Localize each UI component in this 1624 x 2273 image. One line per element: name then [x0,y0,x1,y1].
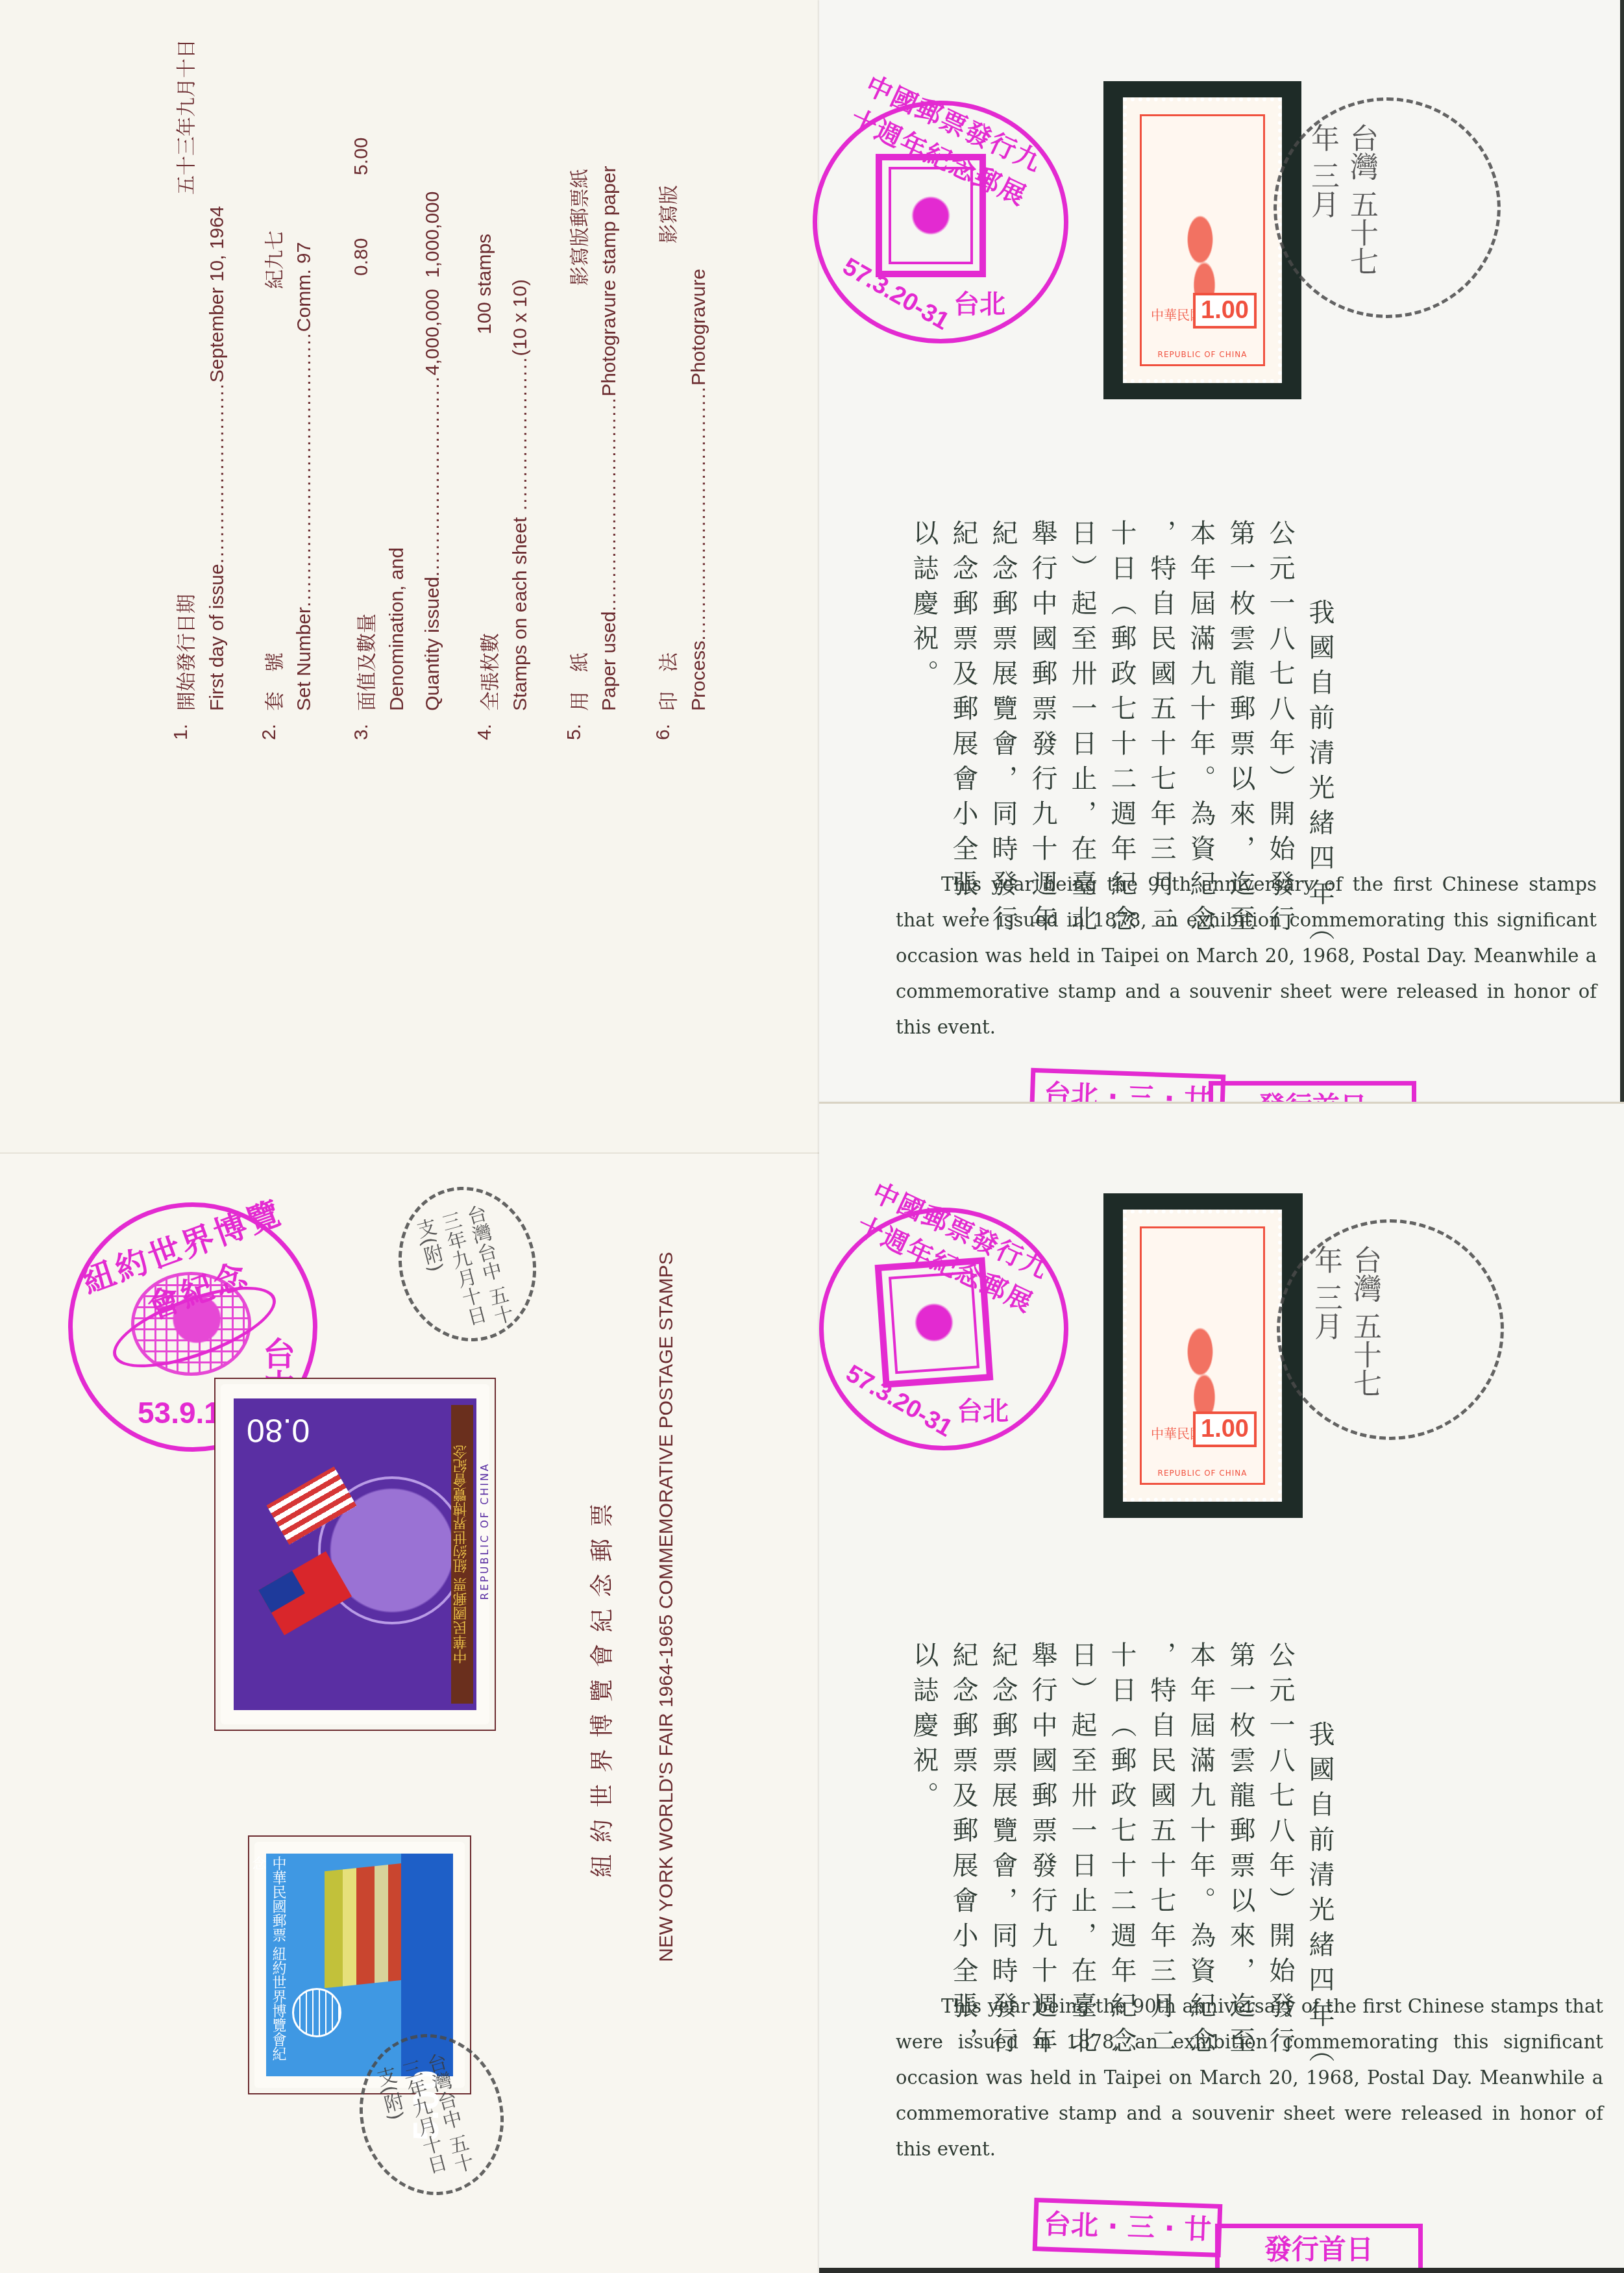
spec-item-1-zh-value: 五十三年九月十日 [170,39,199,195]
quantity-2: 1,000,000 [422,192,443,278]
stamp-080-value: 0.80 [247,1411,310,1449]
worlds-fair-card: 紐約世界博覽會紀念 台中 53.9.10 台灣台中 五十三年九月十日 支(附) … [0,1152,819,2273]
postmark-city: 台北 [953,284,1005,321]
spec-item-5-zh-label: 用 紙 [563,652,592,711]
spec-item-1-number: 1. [170,724,192,740]
value-text: (10 x 10) [510,279,531,356]
spec-item-6-zh-label: 印 法 [652,652,681,711]
spec-item-3-denom-2: 5.00 [351,138,373,175]
spec-item-2-number: 2. [258,724,280,740]
stamp-country-en: REPUBLIC OF CHINA [1142,350,1263,359]
spec-item-3-en-label-1: Denomination, and [386,547,408,711]
goose-stamp-design: 中華民國郵票 1.00 REPUBLIC OF CHINA [1140,114,1265,366]
pm-line: 台灣 [1345,123,1378,180]
anniversary-magenta-postmark: 中國郵票發行九十週年紀念郵展 57.3.20-31 台北 [819,1208,1068,1450]
spec-item-3-en-label: Quantity issued.........................… [422,192,444,711]
spec-item-5-en-label: Paper used..............................… [598,166,621,711]
spec-item-4-number: 4. [474,724,496,740]
anniversary-grey-postmark: 台灣 五十七年 三月 [1273,97,1501,318]
english-description: This year being the 90th anniversary of … [896,1989,1603,2167]
spec-item-2-zh-value: 紀九七 [258,230,287,289]
spec-item-6-zh-value: 影寫版 [652,185,681,243]
spec-item-3-denom-1: 0.80 [351,238,373,276]
spec-item-2-en-label: Set Number..............................… [293,242,315,711]
anniversary-card-2: 中國郵票發行九十週年紀念郵展 57.3.20-31 台北 中華民國郵票 1.00… [819,1102,1624,2273]
quantity-1: 4,000,000 [422,289,443,375]
label-text: Stamps on each sheet [510,517,531,711]
worlds-fair-grey-postmark-top: 台灣台中 五十三年九月十日 支(附) [382,1171,554,1357]
unisphere-logo-icon [292,1988,341,2037]
spec-item-4-zh-label: 全張枚數 [474,633,502,711]
label-text: Process [688,641,709,711]
spec-item-1-en-label: First day of issue......................… [206,206,228,711]
spec-item-2-zh-label: 套 號 [258,652,287,711]
pm-line: 三月 [1306,161,1339,218]
goose-stamp: 中華民國郵票 1.00 REPUBLIC OF CHINA [1123,97,1282,383]
grey-postmark-text: 台灣台中 五十三年九月十日 支(附) [409,1202,518,1348]
spec-item-5-zh-value: 影寫版郵票紙 [563,169,592,286]
label-text: Paper used [598,612,620,711]
stamp-caption-zh: 紐約世界博覽會紀念 [453,1445,469,1574]
spec-item-6-number: 6. [652,724,674,740]
pm-line: 台灣 [1348,1245,1381,1302]
grey-postmark-text: 台灣 五十七年 三月 [1303,123,1381,292]
spec-item-1-zh-label: 開始發行日期 [170,594,199,711]
value-text: Photogravure stamp paper [598,166,620,397]
postmark-city: 台北 [957,1391,1009,1428]
label-text: Set Number [293,607,315,711]
spec-item-4-en-label: Stamps on each sheet ...................… [510,279,532,711]
bottom-edge-shadow [819,2268,1624,2273]
stamp-080-country-en: REPUBLIC OF CHINA [478,1462,491,1600]
value-text: Photogravure [688,269,709,386]
value-text: Comm. 97 [293,242,315,332]
anniversary-magenta-postmark: 中國郵票發行九十週年紀念郵展 57.3.20-31 台北 [813,101,1068,343]
stamp-specification-card: 1. 開始發行日期 First day of issue............… [0,0,819,1152]
goose-illustration-icon [1158,1300,1242,1430]
stamp-mount-100: 中華民國郵票 1.00 REPUBLIC OF CHINA [1103,1193,1303,1518]
spec-item-3-zh-label: 面值及數量 [351,614,379,711]
stamp-country-zh: 中華民國郵票 [270,1856,286,1942]
anniversary-card-1: 中國郵票發行九十週年紀念郵展 57.3.20-31 台北 中華民國郵票 1.00… [819,0,1620,1102]
value-text: September 10, 1964 [206,206,228,382]
pm-line: 三月 [1309,1283,1342,1340]
card-title-en: NEW YORK WORLD'S FAIR 1964-1965 COMMEMOR… [656,1252,678,1962]
card-title-zh: 紐約世界博覽會紀念郵票 [584,1492,617,1878]
first-day-ribbon-left: 台北 · 三 · 廿 [1033,2198,1223,2257]
label-text: First day of issue [206,564,228,711]
grey-postmark-text: 台灣台中 五十三年九月十日 支(附) [369,2050,480,2202]
unused [247,1579,461,1826]
grey-postmark-text: 台灣 五十七年 三月 [1306,1245,1384,1414]
spec-item-5-number: 5. [563,724,585,740]
english-description: This year being the 90th anniversary of … [896,867,1597,1045]
label-text: Quantity issued [422,577,443,711]
right-edge-shadow [1620,0,1624,1102]
stamp-country-en: REPUBLIC OF CHINA [1142,1469,1263,1478]
stamp-mount-100: 中華民國郵票 1.00 REPUBLIC OF CHINA [1103,81,1301,399]
spec-item-6-en-label: Process.................................… [688,269,710,711]
goose-stamp-design: 中華民國郵票 1.00 REPUBLIC OF CHINA [1140,1226,1265,1485]
stamp-500-caption: 中華民國郵票 紐約世界博覽會紀念 [269,1856,288,2074]
stamp-value: 1.00 [1193,1411,1257,1447]
anniversary-grey-postmark: 台灣 五十七年 三月 [1277,1219,1504,1440]
spec-item-3-number: 3. [351,724,373,740]
spec-item-4-value-1: 100 stamps [474,234,496,334]
stamp-value: 1.00 [1193,293,1257,329]
goose-stamp: 中華民國郵票 1.00 REPUBLIC OF CHINA [1123,1210,1282,1502]
first-day-ribbon-right: 發行首日 [1215,2224,1423,2273]
